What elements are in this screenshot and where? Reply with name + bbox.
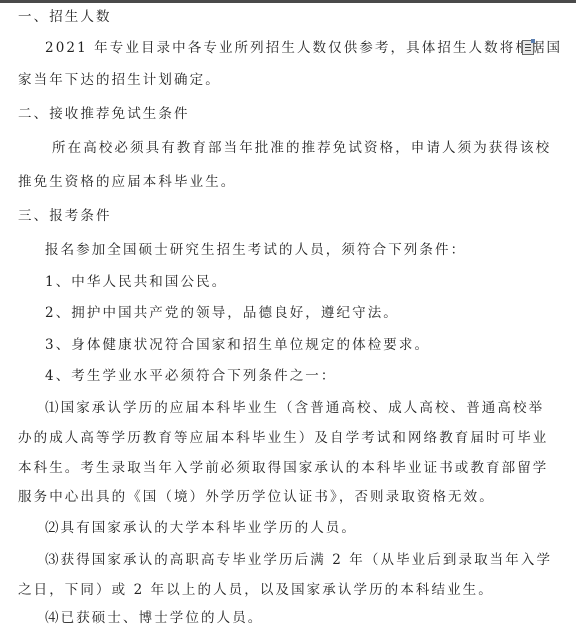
condition-3: 3、身体健康状况符合国家和招生单位规定的体检要求。	[45, 336, 430, 354]
sub-condition-1-line-4: 服务中心出具的《国（境）外学历学位认证书》，否则录取资格无效。	[18, 488, 495, 506]
paste-options-icon[interactable]	[522, 40, 534, 55]
section-2-paragraph-line-2: 推免生资格的应届本科毕业生。	[18, 173, 236, 191]
sub-condition-1-line-2: 办的成人高等学历教育等应届本科毕业生）及自学考试和网络教育届时可毕业	[18, 429, 548, 447]
sub-condition-2: ⑵具有国家承认的大学本科毕业学历的人员。	[45, 519, 357, 537]
sub-condition-3-line-2: 之日，下同）或 2 年以上的人员，以及国家承认学历的本科结业生。	[18, 581, 494, 599]
condition-4: 4、考生学业水平必须符合下列条件之一：	[45, 367, 337, 385]
sub-condition-4: ⑷已获硕士、博士学位的人员。	[45, 609, 263, 626]
sub-condition-1-line-1: ⑴国家承认学历的应届本科毕业生（含普通高校、成人高校、普通高校举	[45, 399, 544, 417]
section-1-paragraph-line-1: 2021 年专业目录中各专业所列招生人数仅供参考，具体招生人数将根据国	[45, 39, 562, 57]
condition-2: 2、拥护中国共产党的领导，品德良好，遵纪守法。	[45, 304, 399, 322]
sub-condition-1-line-3: 本科生。考生录取当年入学前必须取得国家承认的本科毕业证书或教育部留学	[18, 459, 548, 477]
section-1-paragraph-line-2: 家当年下达的招生计划确定。	[18, 71, 221, 89]
section-2-paragraph-line-1: 所在高校必须具有教育部当年批准的推荐免试资格，申请人须为获得该校	[52, 139, 551, 157]
condition-1: 1、中华人民共和国公民。	[45, 273, 227, 291]
section-2-heading: 二、接收推荐免试生条件	[18, 105, 190, 123]
section-3-heading: 三、报考条件	[18, 207, 112, 225]
sub-condition-3-line-1: ⑶获得国家承认的高职高专毕业学历后满 2 年（从毕业后到录取当年入学	[45, 551, 552, 569]
section-1-heading: 一、招生人数	[18, 8, 112, 26]
window-top-border	[0, 0, 576, 3]
section-3-intro: 报名参加全国硕士研究生招生考试的人员，须符合下列条件：	[45, 241, 466, 259]
